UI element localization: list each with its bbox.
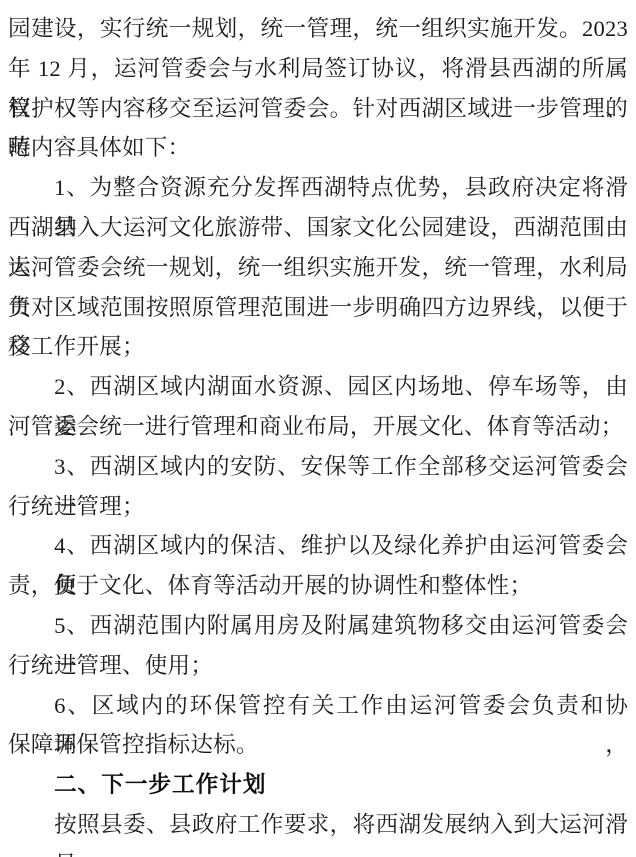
text-line: 行统一管理； bbox=[8, 487, 628, 527]
text-line: 畴内容具体如下： bbox=[8, 128, 628, 168]
text-line: 按照县委、县政府工作要求，将西湖发展纳入到大运河滑县 bbox=[8, 805, 628, 845]
text-line: 6、区域内的环保管控有关工作由运河管委会负责和协调， bbox=[8, 686, 628, 726]
text-line: 年 12 月，运河管委会与水利局签订协议，将滑县西湖的所属权、 bbox=[8, 49, 628, 89]
text-line: 2、西湖区域内湖面水资源、园区内场地、停车场等，由运 bbox=[8, 367, 628, 407]
text-line: 河管委会统一进行管理和商业布局，开展文化、体育等活动； bbox=[8, 407, 628, 447]
text-line: 1、为整合资源充分发挥西湖特点优势，县政府决定将滑县 bbox=[8, 168, 628, 208]
text-line: 5、西湖范围内附属用房及附属建筑物移交由运河管委会进 bbox=[8, 606, 628, 646]
document-text-block: 园建设，实行统一规划，统一管理，统一组织实施开发。2023年 12 月，运河管委… bbox=[8, 9, 628, 845]
text-line: 西湖纳入大运河文化旅游带、国家文化公园建设，西湖范围由大 bbox=[8, 208, 628, 248]
section-heading: 二、下一步工作计划 bbox=[8, 765, 628, 805]
text-line: 运河管委会统一规划，统一组织实施开发，统一管理，水利局负 bbox=[8, 248, 628, 288]
text-line: 交工作开展； bbox=[8, 327, 628, 367]
text-line: 行统一管理、使用； bbox=[8, 646, 628, 686]
text-line: 园建设，实行统一规划，统一管理，统一组织实施开发。2023 bbox=[8, 9, 628, 49]
text-line: 责，便于文化、体育等活动开展的协调性和整体性； bbox=[8, 566, 628, 606]
document-page: 园建设，实行统一规划，统一管理，统一组织实施开发。2023年 12 月，运河管委… bbox=[0, 0, 636, 857]
text-line: 3、西湖区域内的安防、安保等工作全部移交运河管委会进 bbox=[8, 447, 628, 487]
text-line: 管护权等内容移交至运河管委会。针对西湖区域进一步管理的范 bbox=[8, 89, 628, 129]
text-line: 责对区域范围按照原管理范围进一步明确四方边界线，以便于移 bbox=[8, 288, 628, 328]
text-line: 4、西湖区域内的保洁、维护以及绿化养护由运河管委会负 bbox=[8, 526, 628, 566]
